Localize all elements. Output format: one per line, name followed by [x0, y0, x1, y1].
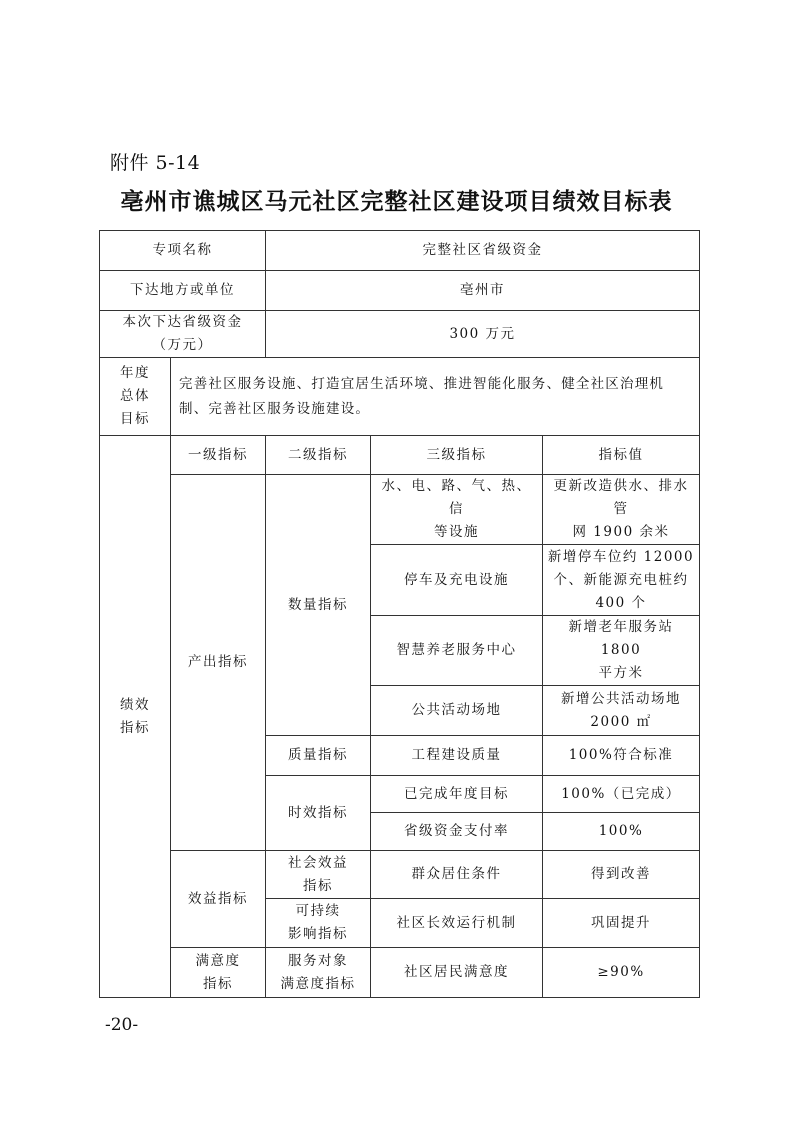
value-cell: 巩固提升	[543, 899, 700, 948]
indicator-header-row: 绩效 指标 一级指标 二级指标 三级指标 指标值	[100, 436, 700, 475]
recipient-label: 下达地方或单位	[100, 271, 266, 311]
value-cell: 新增老年服务站 1800 平方米	[543, 616, 700, 686]
level3-cell: 工程建设质量	[371, 736, 543, 776]
funds-value: 300 万元	[266, 311, 700, 358]
annual-goal-label: 年度 总体 目标	[100, 358, 171, 436]
value-cell: 得到改善	[543, 851, 700, 899]
level3-cell: 社区长效运行机制	[371, 899, 543, 948]
table-row: 满意度 指标 服务对象 满意度指标 社区居民满意度 ≥90%	[100, 948, 700, 998]
level3-cell: 公共活动场地	[371, 686, 543, 736]
level2-quality: 质量指标	[266, 736, 371, 776]
level1-benefit: 效益指标	[171, 851, 266, 948]
level2-sustainable: 可持续 影响指标	[266, 899, 371, 948]
funds-row: 本次下达省级资金 （万元） 300 万元	[100, 311, 700, 358]
performance-goal-table: 专项名称 完整社区省级资金 下达地方或单位 亳州市 本次下达省级资金 （万元） …	[99, 230, 700, 998]
level1-output: 产出指标	[171, 475, 266, 851]
value-cell: ≥90%	[543, 948, 700, 998]
level3-cell: 已完成年度目标	[371, 776, 543, 813]
annual-goal-value: 完善社区服务设施、打造宜居生活环境、推进智能化服务、健全社区治理机制、完善社区服…	[171, 358, 700, 436]
project-name-value: 完整社区省级资金	[266, 231, 700, 271]
level3-cell: 群众居住条件	[371, 851, 543, 899]
funds-label: 本次下达省级资金 （万元）	[100, 311, 266, 358]
value-cell: 100%符合标准	[543, 736, 700, 776]
performance-section-label: 绩效 指标	[100, 436, 171, 998]
value-cell: 更新改造供水、排水管 网 1900 余米	[543, 475, 700, 545]
header-value: 指标值	[543, 436, 700, 475]
header-level3: 三级指标	[371, 436, 543, 475]
page-number: -20-	[105, 1015, 138, 1035]
value-cell: 100%（已完成）	[543, 776, 700, 813]
table-row: 效益指标 社会效益 指标 群众居住条件 得到改善	[100, 851, 700, 899]
project-name-row: 专项名称 完整社区省级资金	[100, 231, 700, 271]
level3-cell: 社区居民满意度	[371, 948, 543, 998]
page-title: 亳州市谯城区马元社区完整社区建设项目绩效目标表	[0, 183, 793, 216]
project-name-label: 专项名称	[100, 231, 266, 271]
attachment-label: 附件 5-14	[110, 148, 200, 175]
level3-cell: 省级资金支付率	[371, 813, 543, 851]
table-row: 产出指标 数量指标 水、电、路、气、热、信 等设施 更新改造供水、排水管 网 1…	[100, 475, 700, 545]
level2-timeliness: 时效指标	[266, 776, 371, 851]
recipient-row: 下达地方或单位 亳州市	[100, 271, 700, 311]
recipient-value: 亳州市	[266, 271, 700, 311]
level3-cell: 停车及充电设施	[371, 545, 543, 616]
value-cell: 100%	[543, 813, 700, 851]
level2-service-target: 服务对象 满意度指标	[266, 948, 371, 998]
value-cell: 新增停车位约 12000 个、新能源充电桩约 400 个	[543, 545, 700, 616]
level2-quantity: 数量指标	[266, 475, 371, 736]
level2-social: 社会效益 指标	[266, 851, 371, 899]
annual-goal-row: 年度 总体 目标 完善社区服务设施、打造宜居生活环境、推进智能化服务、健全社区治…	[100, 358, 700, 436]
level3-cell: 水、电、路、气、热、信 等设施	[371, 475, 543, 545]
header-level2: 二级指标	[266, 436, 371, 475]
header-level1: 一级指标	[171, 436, 266, 475]
value-cell: 新增公共活动场地 2000 ㎡	[543, 686, 700, 736]
level3-cell: 智慧养老服务中心	[371, 616, 543, 686]
level1-satisfaction: 满意度 指标	[171, 948, 266, 998]
